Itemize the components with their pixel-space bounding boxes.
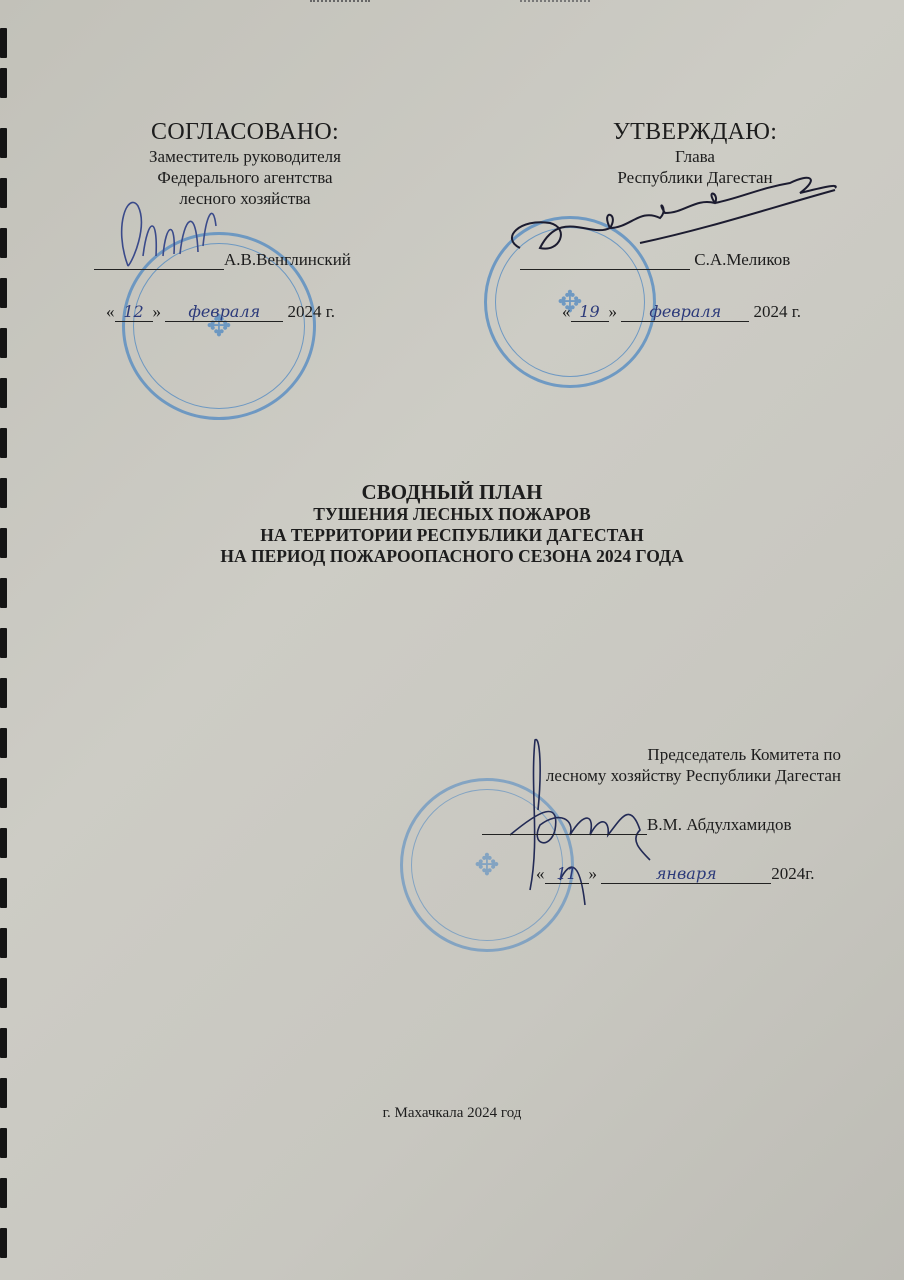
date-day: 12 — [115, 302, 153, 322]
date-month: февраля — [621, 302, 749, 322]
date-month: января — [601, 864, 771, 884]
signature-line-committee: В.М. Абдулхамидов — [482, 815, 792, 835]
position-line: Республики Дагестан — [470, 167, 870, 188]
signature-blank — [94, 251, 224, 270]
bleed-through-mark — [520, 0, 590, 5]
document-title: СВОДНЫЙ ПЛАН ТУШЕНИЯ ЛЕСНЫХ ПОЖАРОВ НА Т… — [100, 480, 804, 567]
date-line-right: «19» февраля 2024 г. — [562, 302, 801, 322]
quote-close: » — [589, 864, 598, 883]
approval-block-approve: УТВЕРЖДАЮ: Глава Республики Дагестан — [470, 118, 870, 188]
signature-blank — [482, 816, 647, 835]
date-year: 2024 г. — [288, 302, 336, 321]
signer-name: В.М. Абдулхамидов — [647, 815, 792, 834]
date-year: 2024 г. — [754, 302, 802, 321]
city-year-footer: г. Махачкала 2024 год — [0, 1105, 904, 1122]
agreed-heading: СОГЛАСОВАНО: — [90, 118, 400, 146]
title-line: ТУШЕНИЯ ЛЕСНЫХ ПОЖАРОВ — [100, 504, 804, 525]
date-month: февраля — [165, 302, 283, 322]
date-day: 19 — [571, 302, 609, 322]
quote-close: » — [609, 302, 618, 321]
approve-heading: УТВЕРЖДАЮ: — [470, 118, 870, 146]
position-line: Глава — [470, 146, 870, 167]
signature-blank — [520, 251, 690, 270]
position-line: Председатель Комитета по — [421, 744, 841, 765]
quote-close: » — [153, 302, 162, 321]
date-day: 11 — [545, 864, 589, 884]
signer-name: С.А.Меликов — [694, 250, 790, 269]
document-page: ✥ ✥ ✥ СОГЛАСОВАНО: Заместитель руководит… — [0, 0, 904, 1280]
position-line: лесному хозяйству Республики Дагестан — [421, 765, 841, 786]
position-line: лесного хозяйства — [90, 188, 400, 209]
quote-open: « — [562, 302, 571, 321]
signature-line-left: А.В.Венглинский — [94, 250, 351, 270]
date-line-left: «12» февраля 2024 г. — [106, 302, 335, 322]
position-line: Заместитель руководителя — [90, 146, 400, 167]
quote-open: « — [106, 302, 115, 321]
signature-line-right: С.А.Меликов — [520, 250, 790, 270]
approval-block-agreed: СОГЛАСОВАНО: Заместитель руководителя Фе… — [90, 118, 400, 209]
spiral-binding — [0, 0, 12, 1280]
position-line: Федерального агентства — [90, 167, 400, 188]
date-line-committee: «11» января2024г. — [536, 864, 815, 884]
signer-name: А.В.Венглинский — [224, 250, 351, 269]
committee-approval-block: Председатель Комитета по лесному хозяйст… — [421, 744, 841, 786]
quote-open: « — [536, 864, 545, 883]
title-line: НА ТЕРРИТОРИИ РЕСПУБЛИКИ ДАГЕСТАН — [100, 525, 804, 546]
date-year: 2024г. — [771, 864, 814, 883]
bleed-through-mark — [310, 0, 370, 6]
title-main: СВОДНЫЙ ПЛАН — [100, 480, 804, 504]
title-line: НА ПЕРИОД ПОЖАРООПАСНОГО СЕЗОНА 2024 ГОД… — [100, 546, 804, 567]
